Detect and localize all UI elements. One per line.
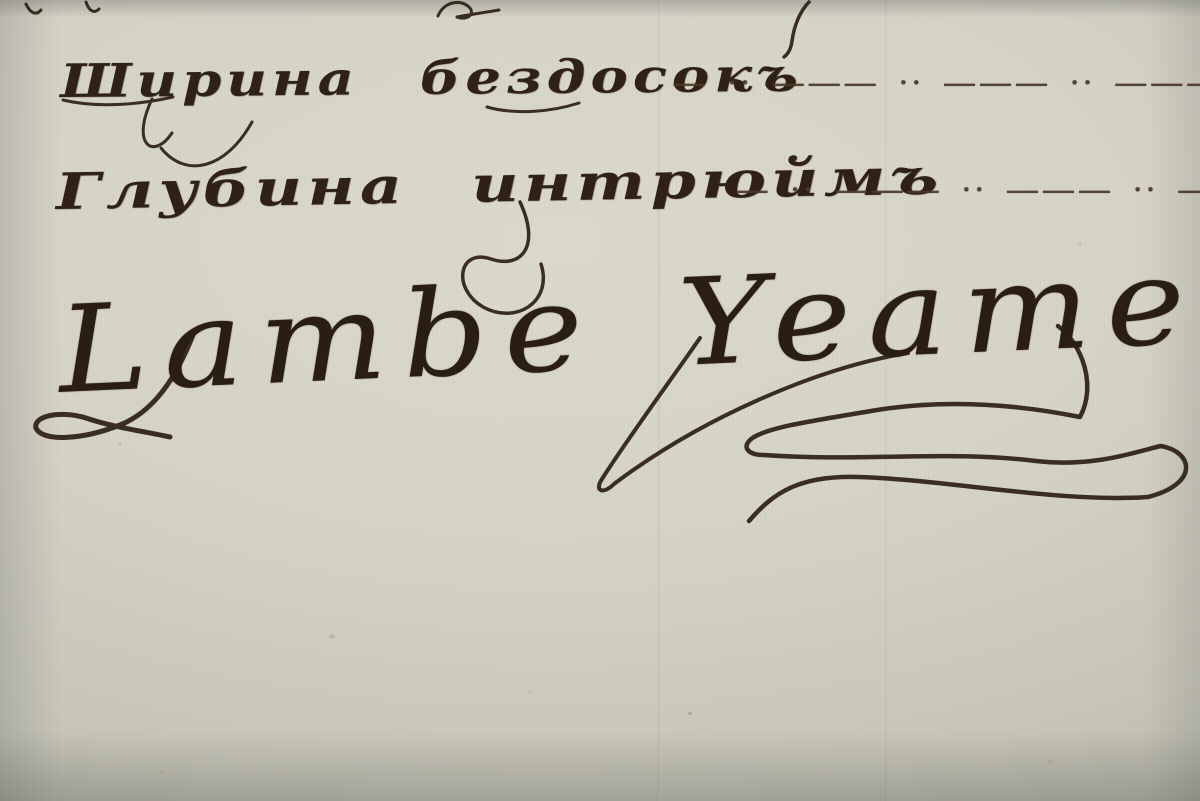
manuscript-photo: Ширина бездосокъ — ·· ——— ·· ——— ·· ——— … [0,0,1200,801]
underline-do [487,103,579,112]
cropped-stroke-top-left-a [26,4,41,13]
paper-crease-vertical [658,0,661,801]
signature-text: Lambe Yeames [55,238,1200,411]
paper-crease-vertical-faint [885,0,887,801]
sh-tail-swash [143,99,252,166]
dash-leader-depth: — ·· ——— ·· ——— ·· ——— ·· [735,173,1200,207]
cropped-stroke-top-loop [438,2,499,18]
dash-leader-width: — ·· ——— ·· ——— ·· ——— ·· [672,66,1200,100]
paper-specks [688,712,692,715]
cropped-stroke-top-left-b [86,2,99,11]
